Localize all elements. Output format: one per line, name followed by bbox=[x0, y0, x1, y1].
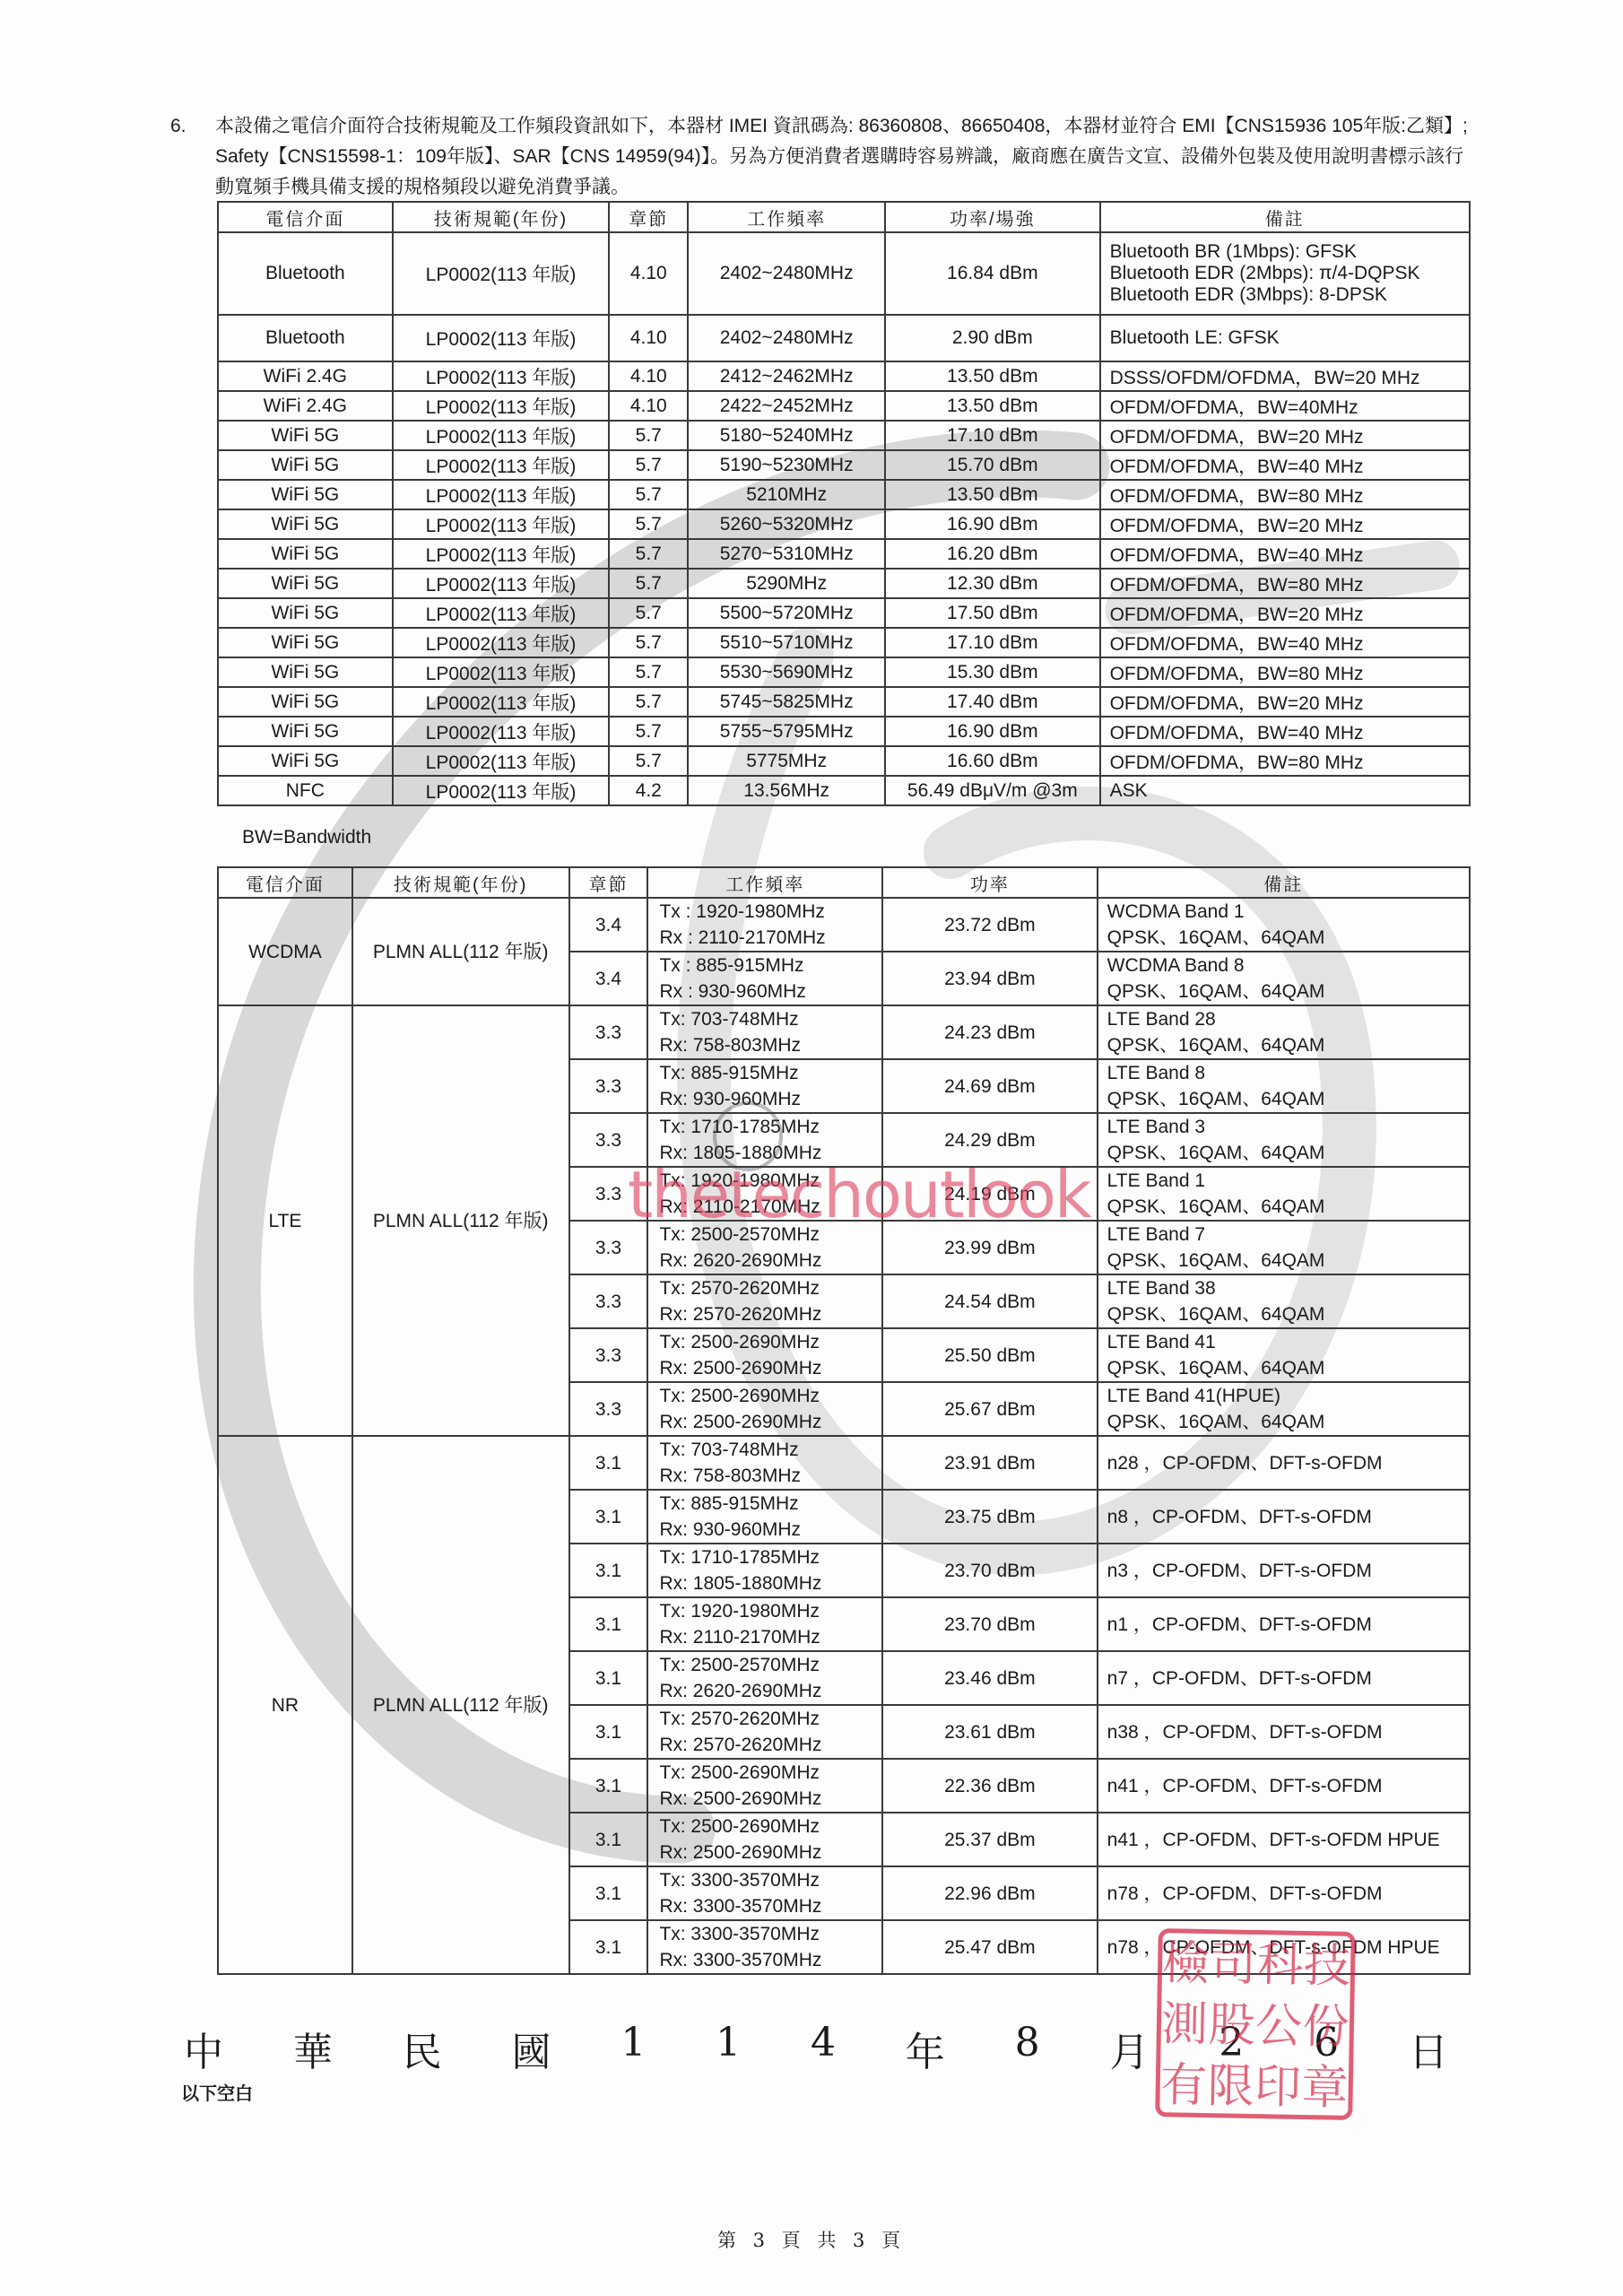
power-cell: 13.50 dBm bbox=[885, 480, 1100, 509]
note-cell: n8 ，CP-OFDM、DFT-s-OFDM bbox=[1098, 1490, 1470, 1544]
note-cell: OFDM/OFDMA，BW=80 MHz bbox=[1100, 746, 1470, 776]
section-cell: 3.1 bbox=[569, 1920, 648, 1974]
note-cell: OFDM/OFDMA，BW=20 MHz bbox=[1100, 687, 1470, 717]
section-cell: 3.3 bbox=[569, 1167, 648, 1221]
column-header: 電信介面 bbox=[218, 867, 352, 898]
note-cell: LTE Band 7QPSK、16QAM、64QAM bbox=[1098, 1221, 1470, 1274]
section-cell: 3.3 bbox=[569, 1059, 648, 1113]
power-cell: 24.23 dBm bbox=[882, 1005, 1098, 1059]
frequency-cell: Tx: 2500-2690MHzRx: 2500-2690MHz bbox=[647, 1382, 882, 1436]
page-number: 第 3 頁 共 3 頁 bbox=[0, 2226, 1623, 2253]
interface-cell: WCDMA bbox=[218, 898, 352, 1005]
power-cell: 24.69 dBm bbox=[882, 1059, 1098, 1113]
power-cell: 16.20 dBm bbox=[885, 539, 1100, 569]
table-row: WiFi 5GLP0002(113 年版)5.75290MHz12.30 dBm… bbox=[218, 569, 1470, 598]
note-cell: n41 ，CP-OFDM、DFT-s-OFDM bbox=[1098, 1759, 1470, 1813]
column-header: 工作頻率 bbox=[647, 867, 882, 898]
interface-cell: WiFi 5G bbox=[218, 421, 393, 450]
note-cell: LTE Band 41QPSK、16QAM、64QAM bbox=[1098, 1328, 1470, 1382]
frequency-cell: Tx: 703-748MHzRx: 758-803MHz bbox=[647, 1005, 882, 1059]
frequency-cell: 5190~5230MHz bbox=[688, 450, 885, 480]
stamp-char: 測 bbox=[1160, 1994, 1209, 2056]
note-cell: Bluetooth BR (1Mbps): GFSKBluetooth EDR … bbox=[1100, 232, 1470, 315]
note-cell: n41 ，CP-OFDM、DFT-s-OFDM HPUE bbox=[1098, 1813, 1470, 1866]
power-cell: 17.50 dBm bbox=[885, 598, 1100, 628]
section-cell: 5.7 bbox=[609, 717, 688, 746]
section-cell: 5.7 bbox=[609, 421, 688, 450]
section-cell: 5.7 bbox=[609, 480, 688, 509]
interface-cell: WiFi 5G bbox=[218, 569, 393, 598]
section-cell: 3.3 bbox=[569, 1005, 648, 1059]
interface-cell: NFC bbox=[218, 776, 393, 805]
interface-cell: WiFi 5G bbox=[218, 539, 393, 569]
company-seal-stamp: 檢司科技測股公份有限印章 bbox=[1155, 1928, 1356, 2120]
frequency-cell: Tx: 3300-3570MHzRx: 3300-3570MHz bbox=[647, 1920, 882, 1974]
spec-cell: LP0002(113 年版) bbox=[393, 315, 610, 361]
power-cell: 25.50 dBm bbox=[882, 1328, 1098, 1382]
section-cell: 4.2 bbox=[609, 776, 688, 805]
stamp-char: 份 bbox=[1302, 1996, 1350, 2058]
power-cell: 23.70 dBm bbox=[882, 1544, 1098, 1597]
table-row: WiFi 5GLP0002(113 年版)5.75270~5310MHz16.2… bbox=[218, 539, 1470, 569]
note-cell: OFDM/OFDMA，BW=40 MHz bbox=[1100, 717, 1470, 746]
section-cell: 3.3 bbox=[569, 1113, 648, 1167]
frequency-cell: Tx: 2570-2620MHzRx: 2570-2620MHz bbox=[647, 1705, 882, 1759]
power-cell: 23.75 dBm bbox=[882, 1490, 1098, 1544]
frequency-cell: 5755~5795MHz bbox=[688, 717, 885, 746]
section-cell: 3.3 bbox=[569, 1328, 648, 1382]
note-cell: LTE Band 3QPSK、16QAM、64QAM bbox=[1098, 1113, 1470, 1167]
section-cell: 3.1 bbox=[569, 1759, 648, 1813]
date-char: 1 bbox=[621, 2020, 646, 2077]
section-cell: 5.7 bbox=[609, 509, 688, 539]
frequency-cell: Tx: 885-915MHzRx: 930-960MHz bbox=[647, 1490, 882, 1544]
power-cell: 25.37 dBm bbox=[882, 1813, 1098, 1866]
power-cell: 16.90 dBm bbox=[885, 509, 1100, 539]
frequency-cell: 5210MHz bbox=[688, 480, 885, 509]
note-cell: OFDM/OFDMA，BW=40 MHz bbox=[1100, 539, 1470, 569]
intro-text: 本設備之電信介面符合技術規範及工作頻段資訊如下，本器材 IMEI 資訊碼為: 8… bbox=[215, 111, 1480, 203]
section-cell: 3.1 bbox=[569, 1490, 648, 1544]
column-header: 章節 bbox=[609, 202, 688, 232]
spec-cell: LP0002(113 年版) bbox=[393, 657, 610, 687]
stamp-char: 科 bbox=[1256, 1935, 1305, 1996]
power-cell: 23.46 dBm bbox=[882, 1651, 1098, 1705]
table-row: BluetoothLP0002(113 年版)4.102402~2480MHz2… bbox=[218, 315, 1470, 361]
note-cell: OFDM/OFDMA，BW=40MHz bbox=[1100, 391, 1470, 421]
interface-cell: WiFi 2.4G bbox=[218, 361, 393, 391]
power-cell: 17.10 dBm bbox=[885, 628, 1100, 657]
stamp-char: 檢 bbox=[1162, 1933, 1211, 1995]
interface-cell: NR bbox=[218, 1436, 352, 1974]
spec-cell: LP0002(113 年版) bbox=[393, 450, 610, 480]
power-cell: 22.96 dBm bbox=[882, 1866, 1098, 1920]
column-header: 功率/場強 bbox=[885, 202, 1100, 232]
spec-cell: LP0002(113 年版) bbox=[393, 598, 610, 628]
note-cell: OFDM/OFDMA，BW=20 MHz bbox=[1100, 421, 1470, 450]
interface-cell: Bluetooth bbox=[218, 232, 393, 315]
power-cell: 56.49 dBμV/m @3m bbox=[885, 776, 1100, 805]
note-cell: n3 ，CP-OFDM、DFT-s-OFDM bbox=[1098, 1544, 1470, 1597]
table-row: NFCLP0002(113 年版)4.213.56MHz56.49 dBμV/m… bbox=[218, 776, 1470, 805]
note-cell: WCDMA Band 1QPSK、16QAM、64QAM bbox=[1098, 898, 1470, 952]
spec-cell: LP0002(113 年版) bbox=[393, 539, 610, 569]
table-row: WiFi 5GLP0002(113 年版)5.75500~5720MHz17.5… bbox=[218, 598, 1470, 628]
date-char: 1 bbox=[716, 2020, 741, 2077]
date-char: 日 bbox=[1409, 2020, 1448, 2077]
section-cell: 3.3 bbox=[569, 1221, 648, 1274]
note-cell: n38 ，CP-OFDM、DFT-s-OFDM bbox=[1098, 1705, 1470, 1759]
note-cell: OFDM/OFDMA，BW=40 MHz bbox=[1100, 628, 1470, 657]
table-row: WiFi 5GLP0002(113 年版)5.75510~5710MHz17.1… bbox=[218, 628, 1470, 657]
power-cell: 17.40 dBm bbox=[885, 687, 1100, 717]
interface-cell: WiFi 5G bbox=[218, 480, 393, 509]
note-cell: LTE Band 1QPSK、16QAM、64QAM bbox=[1098, 1167, 1470, 1221]
interface-cell: WiFi 5G bbox=[218, 717, 393, 746]
section-cell: 4.10 bbox=[609, 361, 688, 391]
interface-cell: WiFi 5G bbox=[218, 509, 393, 539]
section-cell: 3.1 bbox=[569, 1651, 648, 1705]
date-char: 中 bbox=[184, 2020, 223, 2077]
section-cell: 4.10 bbox=[609, 391, 688, 421]
frequency-cell: 5260~5320MHz bbox=[688, 509, 885, 539]
frequency-cell: 5745~5825MHz bbox=[688, 687, 885, 717]
frequency-cell: Tx: 2570-2620MHzRx: 2570-2620MHz bbox=[647, 1274, 882, 1328]
section-cell: 5.7 bbox=[609, 628, 688, 657]
stamp-char: 印 bbox=[1254, 2057, 1302, 2118]
section-cell: 5.7 bbox=[609, 569, 688, 598]
section-cell: 5.7 bbox=[609, 687, 688, 717]
table-row: WiFi 5GLP0002(113 年版)5.75755~5795MHz16.9… bbox=[218, 717, 1470, 746]
frequency-cell: Tx: 2500-2690MHzRx: 2500-2690MHz bbox=[647, 1813, 882, 1866]
table-row: WiFi 5GLP0002(113 年版)5.75260~5320MHz16.9… bbox=[218, 509, 1470, 539]
frequency-cell: Tx : 1920-1980MHzRx : 2110-2170MHz bbox=[647, 898, 882, 952]
spec-cell: LP0002(113 年版) bbox=[393, 687, 610, 717]
table-row: WCDMAPLMN ALL(112 年版)3.4Tx : 1920-1980MH… bbox=[218, 898, 1470, 952]
spec-cell: LP0002(113 年版) bbox=[393, 717, 610, 746]
power-cell: 23.94 dBm bbox=[882, 952, 1098, 1005]
power-cell: 2.90 dBm bbox=[885, 315, 1100, 361]
spec-cell: LP0002(113 年版) bbox=[393, 509, 610, 539]
power-cell: 15.30 dBm bbox=[885, 657, 1100, 687]
stamp-char: 司 bbox=[1209, 1934, 1257, 1996]
note-cell: n78 ，CP-OFDM、DFT-s-OFDM bbox=[1098, 1866, 1470, 1920]
column-header: 備註 bbox=[1100, 202, 1470, 232]
interface-cell: LTE bbox=[218, 1005, 352, 1436]
power-cell: 24.29 dBm bbox=[882, 1113, 1098, 1167]
power-cell: 16.90 dBm bbox=[885, 717, 1100, 746]
power-cell: 16.60 dBm bbox=[885, 746, 1100, 776]
stamp-char: 技 bbox=[1303, 1935, 1351, 1997]
spec-cell: PLMN ALL(112 年版) bbox=[352, 1005, 569, 1436]
power-cell: 13.50 dBm bbox=[885, 361, 1100, 391]
section-cell: 3.3 bbox=[569, 1274, 648, 1328]
item-number: 6. bbox=[170, 111, 187, 142]
table-header-row: 電信介面技術規範(年份)章節工作頻率功率備註 bbox=[218, 867, 1470, 898]
column-header: 電信介面 bbox=[218, 202, 393, 232]
frequency-cell: 2402~2480MHz bbox=[688, 232, 885, 315]
table-row: NRPLMN ALL(112 年版)3.1Tx: 703-748MHzRx: 7… bbox=[218, 1436, 1470, 1490]
spec-cell: LP0002(113 年版) bbox=[393, 628, 610, 657]
section-cell: 5.7 bbox=[609, 539, 688, 569]
frequency-cell: 2402~2480MHz bbox=[688, 315, 885, 361]
spec-cell: LP0002(113 年版) bbox=[393, 746, 610, 776]
table-header-row: 電信介面技術規範(年份)章節工作頻率功率/場強備註 bbox=[218, 202, 1470, 232]
section-cell: 3.1 bbox=[569, 1436, 648, 1490]
note-cell: LTE Band 41(HPUE)QPSK、16QAM、64QAM bbox=[1098, 1382, 1470, 1436]
note-cell: OFDM/OFDMA，BW=40 MHz bbox=[1100, 450, 1470, 480]
power-cell: 17.10 dBm bbox=[885, 421, 1100, 450]
table-row: WiFi 5GLP0002(113 年版)5.75190~5230MHz15.7… bbox=[218, 450, 1470, 480]
table-row: WiFi 5GLP0002(113 年版)5.75775MHz16.60 dBm… bbox=[218, 746, 1470, 776]
note-cell: n1 ，CP-OFDM、DFT-s-OFDM bbox=[1098, 1597, 1470, 1651]
section-cell: 3.1 bbox=[569, 1544, 648, 1597]
interface-cell: WiFi 5G bbox=[218, 628, 393, 657]
interface-cell: WiFi 5G bbox=[218, 450, 393, 480]
date-char: 國 bbox=[511, 2020, 551, 2077]
power-cell: 23.99 dBm bbox=[882, 1221, 1098, 1274]
frequency-cell: 5270~5310MHz bbox=[688, 539, 885, 569]
table-row: WiFi 5GLP0002(113 年版)5.75180~5240MHz17.1… bbox=[218, 421, 1470, 450]
interface-cell: WiFi 5G bbox=[218, 687, 393, 717]
power-cell: 25.47 dBm bbox=[882, 1920, 1098, 1974]
note-cell: OFDM/OFDMA，BW=80 MHz bbox=[1100, 657, 1470, 687]
date-char: 華 bbox=[293, 2020, 333, 2077]
table-row: WiFi 2.4GLP0002(113 年版)4.102412~2462MHz1… bbox=[218, 361, 1470, 391]
power-cell: 23.72 dBm bbox=[882, 898, 1098, 952]
section-cell: 4.10 bbox=[609, 232, 688, 315]
note-cell: n7 ，CP-OFDM、DFT-s-OFDM bbox=[1098, 1651, 1470, 1705]
note-cell: OFDM/OFDMA，BW=20 MHz bbox=[1100, 598, 1470, 628]
frequency-cell: Tx: 1710-1785MHzRx: 1805-1880MHz bbox=[647, 1113, 882, 1167]
note-cell: LTE Band 8QPSK、16QAM、64QAM bbox=[1098, 1059, 1470, 1113]
section-cell: 5.7 bbox=[609, 450, 688, 480]
frequency-cell: Tx: 3300-3570MHzRx: 3300-3570MHz bbox=[647, 1866, 882, 1920]
column-header: 功率 bbox=[882, 867, 1098, 898]
frequency-cell: 5530~5690MHz bbox=[688, 657, 885, 687]
stamp-char: 有 bbox=[1159, 2055, 1208, 2117]
power-cell: 13.50 dBm bbox=[885, 391, 1100, 421]
section-cell: 4.10 bbox=[609, 315, 688, 361]
power-cell: 23.70 dBm bbox=[882, 1597, 1098, 1651]
note-cell: ASK bbox=[1100, 776, 1470, 805]
frequency-cell: Tx: 2500-2570MHzRx: 2620-2690MHz bbox=[647, 1221, 882, 1274]
note-cell: LTE Band 28QPSK、16QAM、64QAM bbox=[1098, 1005, 1470, 1059]
column-header: 技術規範(年份) bbox=[352, 867, 569, 898]
spec-cell: LP0002(113 年版) bbox=[393, 232, 610, 315]
spec-cell: PLMN ALL(112 年版) bbox=[352, 1436, 569, 1974]
column-header: 技術規範(年份) bbox=[393, 202, 610, 232]
power-cell: 25.67 dBm bbox=[882, 1382, 1098, 1436]
spec-cell: LP0002(113 年版) bbox=[393, 391, 610, 421]
power-cell: 23.91 dBm bbox=[882, 1436, 1098, 1490]
frequency-cell: Tx: 2500-2570MHzRx: 2620-2690MHz bbox=[647, 1651, 882, 1705]
frequency-cell: 5500~5720MHz bbox=[688, 598, 885, 628]
spec-cell: LP0002(113 年版) bbox=[393, 480, 610, 509]
bandwidth-footnote: BW=Bandwidth bbox=[242, 827, 371, 848]
date-char: 年 bbox=[906, 2020, 945, 2077]
note-cell: OFDM/OFDMA，BW=20 MHz bbox=[1100, 509, 1470, 539]
interface-cell: WiFi 5G bbox=[218, 657, 393, 687]
interface-cell: Bluetooth bbox=[218, 315, 393, 361]
frequency-cell: Tx: 1920-1980MHzRx: 2110-2170MHz bbox=[647, 1597, 882, 1651]
table-row: BluetoothLP0002(113 年版)4.102402~2480MHz1… bbox=[218, 232, 1470, 315]
spec-cell: LP0002(113 年版) bbox=[393, 569, 610, 598]
frequency-cell: Tx : 885-915MHzRx : 930-960MHz bbox=[647, 952, 882, 1005]
stamp-char: 公 bbox=[1254, 1996, 1303, 2057]
cellular-spec-table: 電信介面技術規範(年份)章節工作頻率功率備註 WCDMAPLMN ALL(112… bbox=[217, 866, 1471, 1975]
section-cell: 5.7 bbox=[609, 746, 688, 776]
interface-cell: WiFi 5G bbox=[218, 746, 393, 776]
power-cell: 12.30 dBm bbox=[885, 569, 1100, 598]
frequency-cell: Tx: 1920-1980MHzRx: 2110-2170MHz bbox=[647, 1167, 882, 1221]
intro-paragraph: 6. 本設備之電信介面符合技術規範及工作頻段資訊如下，本器材 IMEI 資訊碼為… bbox=[170, 111, 1480, 203]
frequency-cell: Tx: 2500-2690MHzRx: 2500-2690MHz bbox=[647, 1759, 882, 1813]
section-cell: 3.3 bbox=[569, 1382, 648, 1436]
note-cell: n28 ，CP-OFDM、DFT-s-OFDM bbox=[1098, 1436, 1470, 1490]
column-header: 章節 bbox=[569, 867, 648, 898]
column-header: 備註 bbox=[1098, 867, 1470, 898]
section-cell: 3.1 bbox=[569, 1597, 648, 1651]
date-char: 月 bbox=[1109, 2020, 1149, 2077]
power-cell: 16.84 dBm bbox=[885, 232, 1100, 315]
spec-cell: LP0002(113 年版) bbox=[393, 776, 610, 805]
table-row: WiFi 5GLP0002(113 年版)5.75210MHz13.50 dBm… bbox=[218, 480, 1470, 509]
power-cell: 23.61 dBm bbox=[882, 1705, 1098, 1759]
power-cell: 15.70 dBm bbox=[885, 450, 1100, 480]
note-cell: OFDM/OFDMA，BW=80 MHz bbox=[1100, 480, 1470, 509]
stamp-char: 章 bbox=[1301, 2057, 1350, 2119]
table-row: LTEPLMN ALL(112 年版)3.3Tx: 703-748MHzRx: … bbox=[218, 1005, 1470, 1059]
column-header: 工作頻率 bbox=[688, 202, 885, 232]
section-cell: 3.4 bbox=[569, 952, 648, 1005]
table-row: WiFi 2.4GLP0002(113 年版)4.102422~2452MHz1… bbox=[218, 391, 1470, 421]
section-cell: 3.1 bbox=[569, 1813, 648, 1866]
power-cell: 24.19 dBm bbox=[882, 1167, 1098, 1221]
note-cell: DSSS/OFDM/OFDMA，BW=20 MHz bbox=[1100, 361, 1470, 391]
spec-cell: LP0002(113 年版) bbox=[393, 361, 610, 391]
interface-cell: WiFi 5G bbox=[218, 598, 393, 628]
spec-cell: LP0002(113 年版) bbox=[393, 421, 610, 450]
note-cell: Bluetooth LE: GFSK bbox=[1100, 315, 1470, 361]
frequency-cell: 5775MHz bbox=[688, 746, 885, 776]
section-cell: 3.1 bbox=[569, 1705, 648, 1759]
stamp-char: 限 bbox=[1207, 2056, 1255, 2118]
spec-cell: PLMN ALL(112 年版) bbox=[352, 898, 569, 1005]
table-row: WiFi 5GLP0002(113 年版)5.75745~5825MHz17.4… bbox=[218, 687, 1470, 717]
frequency-cell: 2422~2452MHz bbox=[688, 391, 885, 421]
power-cell: 22.36 dBm bbox=[882, 1759, 1098, 1813]
stamp-char: 股 bbox=[1208, 1995, 1256, 2057]
note-cell: OFDM/OFDMA，BW=80 MHz bbox=[1100, 569, 1470, 598]
section-cell: 5.7 bbox=[609, 657, 688, 687]
date-char: 8 bbox=[1015, 2020, 1040, 2077]
section-cell: 3.4 bbox=[569, 898, 648, 952]
date-char: 4 bbox=[811, 2020, 836, 2077]
section-cell: 5.7 bbox=[609, 598, 688, 628]
frequency-cell: Tx: 1710-1785MHzRx: 1805-1880MHz bbox=[647, 1544, 882, 1597]
power-cell: 24.54 dBm bbox=[882, 1274, 1098, 1328]
note-cell: LTE Band 38QPSK、16QAM、64QAM bbox=[1098, 1274, 1470, 1328]
note-cell: WCDMA Band 8QPSK、16QAM、64QAM bbox=[1098, 952, 1470, 1005]
blank-below-note: 以下空白 bbox=[181, 2079, 253, 2105]
frequency-cell: 5290MHz bbox=[688, 569, 885, 598]
date-char: 民 bbox=[403, 2020, 442, 2077]
frequency-cell: 2412~2462MHz bbox=[688, 361, 885, 391]
section-cell: 3.1 bbox=[569, 1866, 648, 1920]
table-row: WiFi 5GLP0002(113 年版)5.75530~5690MHz15.3… bbox=[218, 657, 1470, 687]
frequency-cell: 13.56MHz bbox=[688, 776, 885, 805]
wireless-spec-table: 電信介面技術規範(年份)章節工作頻率功率/場強備註 BluetoothLP000… bbox=[217, 201, 1471, 806]
frequency-cell: Tx: 703-748MHzRx: 758-803MHz bbox=[647, 1436, 882, 1490]
frequency-cell: Tx: 885-915MHzRx: 930-960MHz bbox=[647, 1059, 882, 1113]
interface-cell: WiFi 2.4G bbox=[218, 391, 393, 421]
frequency-cell: 5180~5240MHz bbox=[688, 421, 885, 450]
frequency-cell: 5510~5710MHz bbox=[688, 628, 885, 657]
frequency-cell: Tx: 2500-2690MHzRx: 2500-2690MHz bbox=[647, 1328, 882, 1382]
